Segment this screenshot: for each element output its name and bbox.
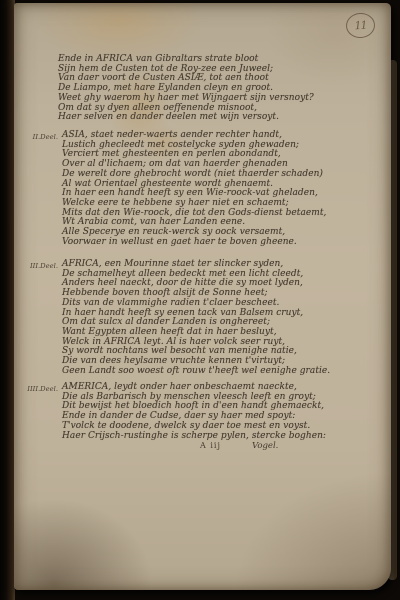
folio-number-text: 11 — [354, 19, 367, 33]
book-photo: 11 Ende in AFRICA van Gibraltars strate … — [0, 0, 400, 600]
stanza-2-label: II.Deel. — [33, 133, 58, 141]
catchword: Vogel. — [252, 441, 278, 451]
signature-mark: A iij — [200, 441, 221, 450]
stanza-1: Ende in AFRICA van Gibraltars strate blo… — [58, 55, 314, 123]
book-spine-gutter — [0, 0, 15, 600]
stanza-4-america: IIII.Deel. AMERICA, leydt onder haer onb… — [62, 383, 326, 441]
poem-line: Voorwaer in wellust en gaet haer te bove… — [62, 238, 326, 248]
stanza-2-asia: II.Deel. ASIA, staet neder-waerts aender… — [62, 131, 326, 247]
poem-line: Geen Landt soo woest oft rouw t'heeft we… — [62, 367, 330, 377]
stanza-4-label: IIII.Deel. — [27, 385, 58, 393]
book-page: 11 Ende in AFRICA van Gibraltars strate … — [14, 3, 391, 590]
stanza-3-label: III.Deel. — [30, 262, 58, 270]
poem-line: Haer selven en dander deelen met wijn ve… — [58, 113, 314, 123]
stanza-3-africa: III.Deel. AFRICA, een Mourinne staet ter… — [62, 260, 330, 376]
folio-number: 11 — [345, 12, 376, 39]
poem-line: Haer Crijsch-rustinghe is scherpe pylen,… — [62, 432, 326, 442]
